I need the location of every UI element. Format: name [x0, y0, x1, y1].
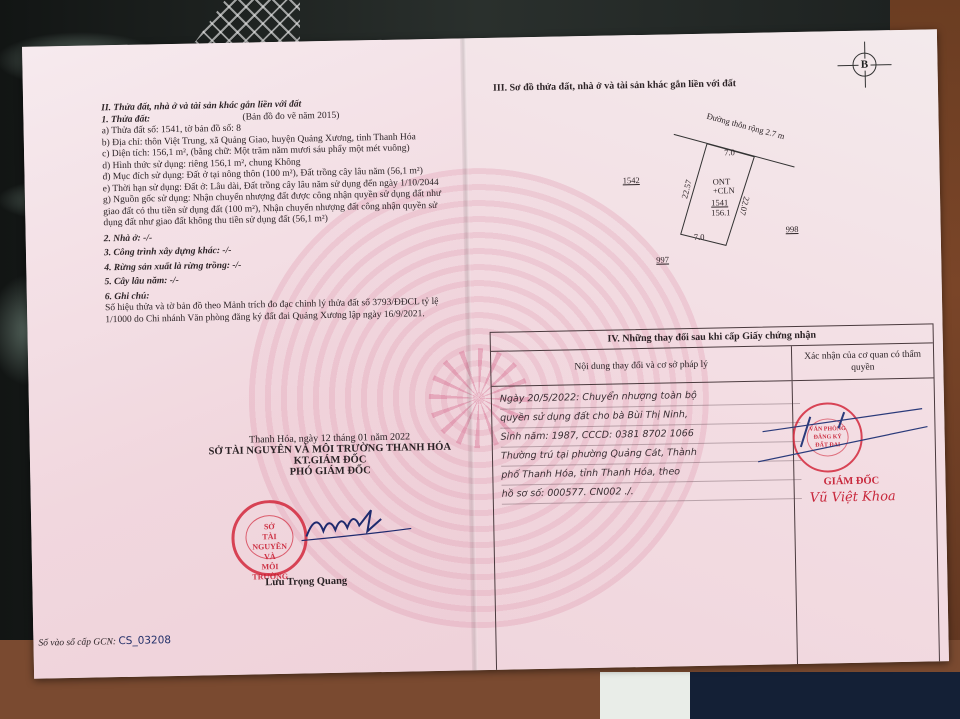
parcel-label: 1. Thửa đất: [101, 114, 150, 125]
signature-mark [301, 504, 412, 546]
col-change-content: Nội dung thay đổi và cơ sở pháp lý [491, 346, 793, 386]
section-2: II. Thửa đất, nhà ở và tài sản khác gắn … [101, 97, 445, 326]
changes-table: IV. Những thay đổi sau khi cấp Giấy chứn… [490, 323, 940, 671]
approver-name: Vũ Việt Khoa [810, 489, 896, 506]
edge-bottom: 7.0 [694, 232, 705, 242]
edge-top: 7.0 [724, 147, 735, 157]
neighbor-1542: 1542 [623, 175, 640, 185]
parcel-number: 1541 [711, 197, 728, 207]
neighbor-998: 998 [786, 224, 799, 234]
approver-title: GIÁM ĐỐC [823, 475, 879, 487]
parcel-sketch: Đường thôn rộng 2.7 m 7.0 7.0 22.57 22.0… [623, 111, 826, 265]
background-cloth [690, 672, 960, 719]
signer-name: Lưu Trọng Quang [265, 576, 347, 589]
land-certificate: II. Thửa đất, nhà ở và tài sản khác gắn … [22, 29, 949, 678]
neighbor-997: 997 [656, 254, 669, 264]
approval-pen-strokes [752, 398, 933, 471]
issuer-signature-block: Thanh Hóa, ngày 12 tháng 01 năm 2022 SỞ … [190, 430, 471, 479]
map-note: (Bản đồ đo vẽ năm 2015) [242, 110, 339, 122]
col-authority-confirm: Xác nhận của cơ quan có thẩm quyền [792, 343, 934, 380]
registry-number-value: CS_03208 [118, 634, 171, 647]
changes-table-body: Ngày 20/5/2022: Chuyển nhượng toàn bộ qu… [492, 378, 939, 670]
land-type: ONT +CLN [713, 177, 743, 196]
registry-number: Số vào sổ cấp GCN: CS_03208 [38, 634, 171, 649]
parcel-area: 156.1 [711, 207, 730, 217]
